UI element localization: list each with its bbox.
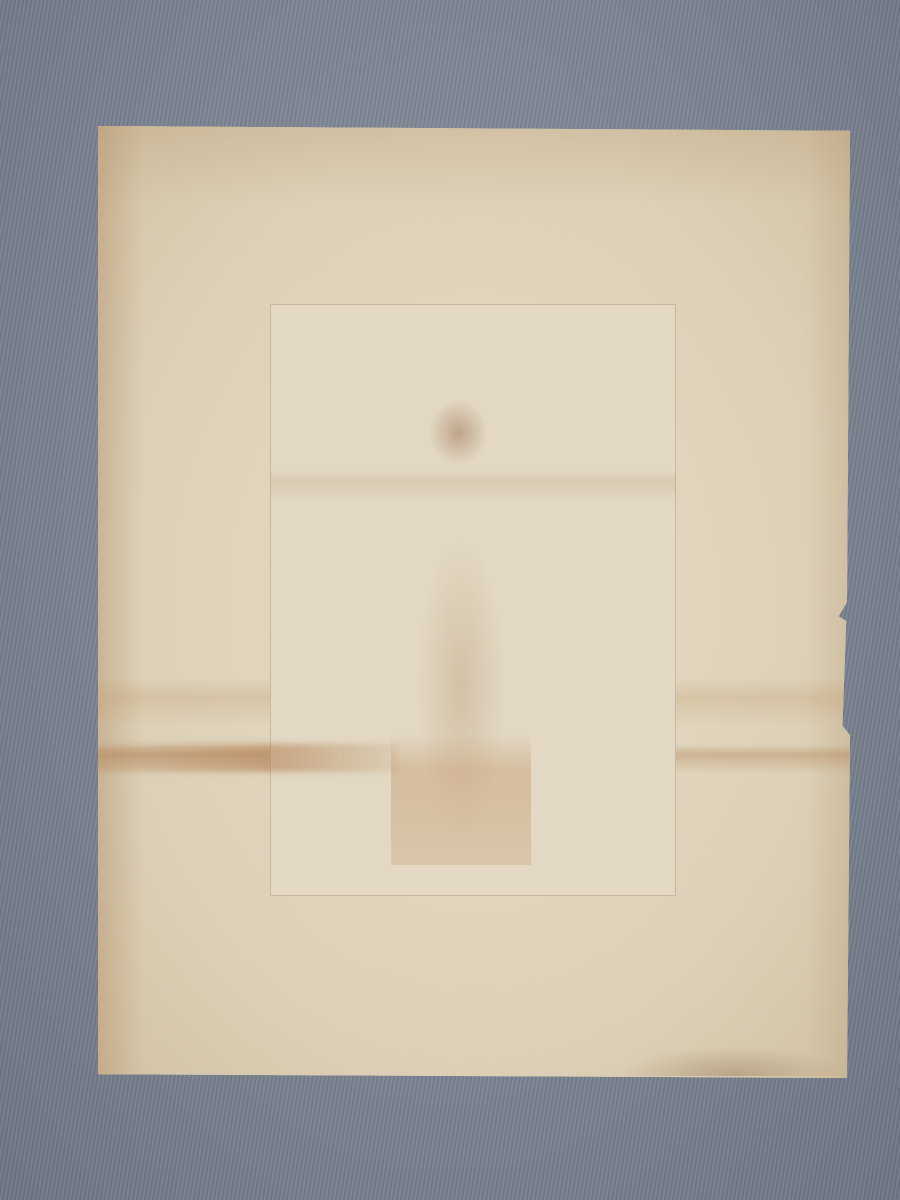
bleed-through-figure — [391, 395, 531, 865]
faded-text — [258, 981, 698, 1021]
plate-mark — [270, 304, 676, 896]
edge-damage — [618, 1046, 848, 1076]
water-stain — [98, 744, 398, 772]
paper-sheet — [98, 126, 850, 1078]
